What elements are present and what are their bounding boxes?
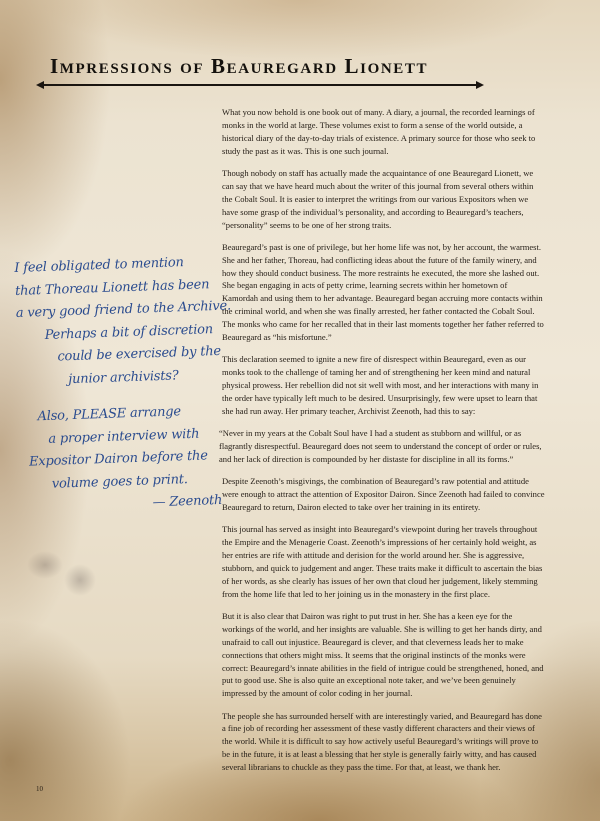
title-rule-divider	[40, 84, 480, 86]
handwritten-margin-note: I feel obligated to mention that Thoreau…	[14, 251, 213, 519]
paragraph: Despite Zeenoth’s misgivings, the combin…	[222, 475, 545, 514]
blockquote: “Never in my years at the Cobalt Soul ha…	[219, 427, 545, 466]
paragraph: But it is also clear that Dairon was rig…	[222, 610, 545, 700]
page-header: Impressions of Beauregard Lionett	[40, 54, 480, 79]
paragraph: What you now behold is one book out of m…	[222, 106, 545, 158]
page-number: 10	[36, 785, 43, 793]
paragraph: Though nobody on staff has actually made…	[222, 167, 545, 232]
paragraph: The people she has surrounded herself wi…	[222, 710, 545, 775]
paragraph: Beauregard’s past is one of privilege, b…	[222, 241, 545, 344]
paragraph: This journal has served as insight into …	[222, 523, 545, 600]
page-title: Impressions of Beauregard Lionett	[40, 54, 480, 79]
paragraph: This declaration seemed to ignite a new …	[222, 353, 545, 418]
body-text: What you now behold is one book out of m…	[222, 106, 545, 783]
